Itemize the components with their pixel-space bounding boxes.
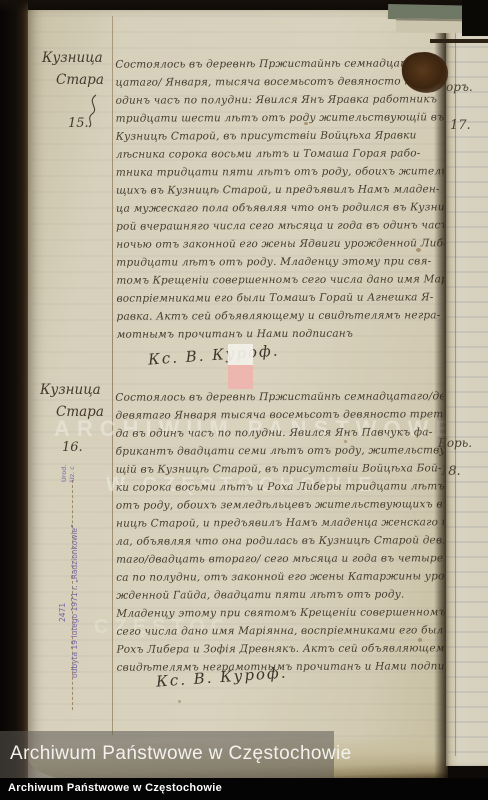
record-line: ки сорока восьми лѣтъ и Роха Либеры трид… xyxy=(116,477,444,496)
record-line: равка. Актъ сей объявляющему и свидѣтеля… xyxy=(116,306,444,325)
record-line: Младенцу этому при святомъ Крещеніи сове… xyxy=(116,603,444,622)
archive-stamp-number: 2471 xyxy=(58,603,67,622)
record-line: щій въ Кузницѣ Старой, въ присутствіи Во… xyxy=(116,459,444,478)
fox-speck xyxy=(178,700,181,703)
record-line: тридцати шести лѣтъ отъ роду жительствую… xyxy=(116,108,444,127)
record-line: тридцати лѣтъ отъ роду. Младенцу этому п… xyxy=(116,252,444,271)
register-page: ARCHIWUM PAŃSTWOWE W CZĘSTOCHOWIE CZĘSTO… xyxy=(28,10,448,783)
record-line: рой вчерашняго числа сего мѣсяца и года … xyxy=(116,216,444,235)
record-line: сего числа дано имя Маріянна, воспріемни… xyxy=(116,621,444,640)
watermark-overlay-bar: Archiwum Państwowe w Częstochowie xyxy=(0,731,334,778)
record-line: Рохъ Либера и Зофія Древнякъ. Актъ сей о… xyxy=(116,639,444,658)
next-page-place-fragment: оръ. xyxy=(446,80,473,94)
record-line: девятаго Января тысяча восемьсотъ девяно… xyxy=(115,405,443,424)
purple-margin-note: Urod. Uz. c xyxy=(60,450,76,482)
record-line: таго/двадцать втораго/ сего мѣсяца и год… xyxy=(116,549,444,568)
record-line: отъ роду, обоихъ земледѣльцевъ жительств… xyxy=(116,495,444,514)
margin-rule-line xyxy=(112,16,113,735)
flag-white-stripe xyxy=(228,344,253,365)
archive-stamp-text: odbyta 19 lutego 1971 r. „Radzionkowie” xyxy=(70,524,79,678)
record-line: томъ Крещеніи совершенномъ сего числа да… xyxy=(116,270,444,289)
record-line: са по полудни, отъ законной его жены Кат… xyxy=(116,567,444,586)
entry2-place-line2: Стара xyxy=(56,404,104,420)
watermark-overlay-text: Archiwum Państwowe w Częstochowie xyxy=(10,743,352,765)
registrar-signature-1: Кс. В. Куроф. xyxy=(148,341,280,368)
record-line: Состоялось въ деревнѣ Пржистайнѣ семнадц… xyxy=(115,54,443,73)
fox-speck xyxy=(304,122,308,125)
fox-speck xyxy=(344,440,347,443)
record-line: брикантъ двадцати семи лѣтъ отъ роду, жи… xyxy=(116,441,444,460)
entry2-place-line1: Кузница xyxy=(40,382,101,398)
next-page-edge xyxy=(446,26,488,766)
record-line: цатаго/ Января, тысяча восемьсотъ девяно… xyxy=(115,72,443,91)
entry1-number: 15. xyxy=(68,116,89,131)
record-line: мотнымъ прочитанъ и Нами подписанъ xyxy=(117,324,445,343)
record-line: да въ одинъ часъ по полудни. Явился Янъ … xyxy=(116,423,444,442)
fox-speck xyxy=(418,638,422,642)
purple-note-line1: Urod. xyxy=(60,465,68,482)
entry1-place-line1: Кузница xyxy=(42,50,103,66)
record-line: жденной Гайда, двадцати пяти лѣтъ отъ ро… xyxy=(116,585,444,604)
book-binding-edge xyxy=(0,0,28,800)
fox-speck xyxy=(416,248,421,252)
record-line: ла, объявляя что она родилась въ Кузницѣ… xyxy=(116,531,444,550)
next-page-number-18: 18. xyxy=(440,464,461,479)
entry1-record-text: Состоялось въ деревнѣ Пржистайнѣ семнадц… xyxy=(115,54,444,343)
next-page-place-fragment-2: Борь. xyxy=(438,436,472,450)
record-line: Кузницѣ Старой, въ присутствіи Войцѣха Я… xyxy=(116,126,444,145)
entry1-place-line2: Стара xyxy=(56,72,104,88)
record-line: воспріемниками его были Томашъ Горай и А… xyxy=(116,288,444,307)
record-line: одинъ часъ по полудни: Явился Янъ Яравка… xyxy=(116,90,444,109)
record-line: лѣсника сорока восьми лѣтъ и Томаша Гора… xyxy=(116,144,444,163)
entry2-record-text: Состоялось въ деревнѣ Пржистайнѣ семнадц… xyxy=(115,387,444,676)
purple-note-line2: Uz. c xyxy=(68,466,76,482)
record-line: ночью отъ законной его жены Ядвиги урожд… xyxy=(116,234,444,253)
record-line: тника тридцати пяти лѣтъ отъ роду, обоих… xyxy=(116,162,444,181)
record-line: Состоялось въ деревнѣ Пржистайнѣ семнадц… xyxy=(115,387,443,406)
flag-watermark xyxy=(228,344,253,389)
archive-footer-bar: Archiwum Państwowe w Częstochowie xyxy=(0,778,488,800)
corner-gap xyxy=(462,0,488,36)
record-line: щихъ въ Кузницѣ Старой, и предъявилъ Нам… xyxy=(116,180,444,199)
record-line: ца мужескаго пола объявляя что онъ родил… xyxy=(116,198,444,217)
page-edge-dark-line xyxy=(430,39,488,43)
record-line: ницѣ Старой, и предъявилъ Намъ младенца … xyxy=(116,513,444,532)
flag-red-stripe xyxy=(228,365,253,389)
archival-scan: ARCHIWUM PAŃSTWOWE W CZĘSTOCHOWIE CZĘSTO… xyxy=(0,0,488,800)
archive-footer-text: Archiwum Państwowe w Częstochowie xyxy=(8,782,222,794)
next-page-number-17: 17. xyxy=(450,118,471,133)
